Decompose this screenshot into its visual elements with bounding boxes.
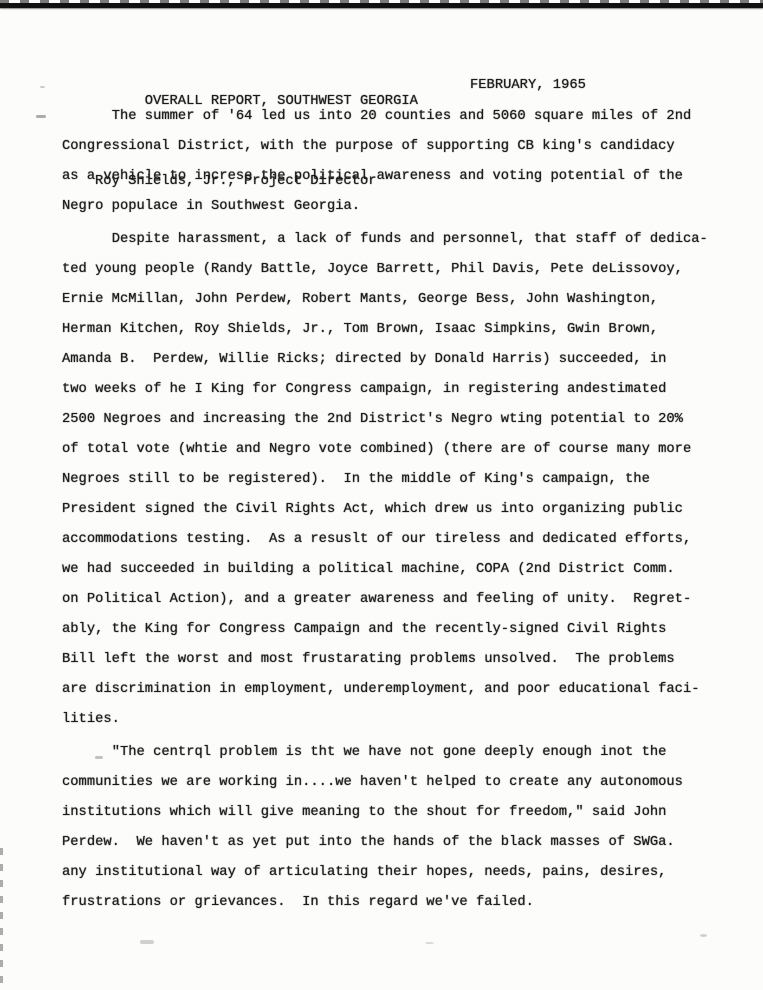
report-page: OVERALL REPORT, SOUTHWEST GEORGIA FEBRUA… <box>0 0 763 990</box>
paragraph-summer-of-64: The summer of '64 led us into 20 countie… <box>62 102 730 222</box>
scan-speckle <box>700 934 707 937</box>
scan-speckle <box>425 942 434 944</box>
report-date: FEBRUARY, 1965 <box>470 78 586 94</box>
report-body: The summer of '64 led us into 20 countie… <box>62 102 730 921</box>
scan-speckle <box>36 115 46 118</box>
scan-speckle <box>40 86 45 88</box>
scan-speckle <box>140 940 154 944</box>
paragraph-despite-harassment: Despite harassment, a lack of funds and … <box>62 225 730 735</box>
scan-artifact-left-dashes <box>0 848 3 990</box>
scan-artifact-top-bar <box>0 3 763 8</box>
paragraph-central-problem-quote: "The centrql problem is tht we have not … <box>62 738 730 918</box>
